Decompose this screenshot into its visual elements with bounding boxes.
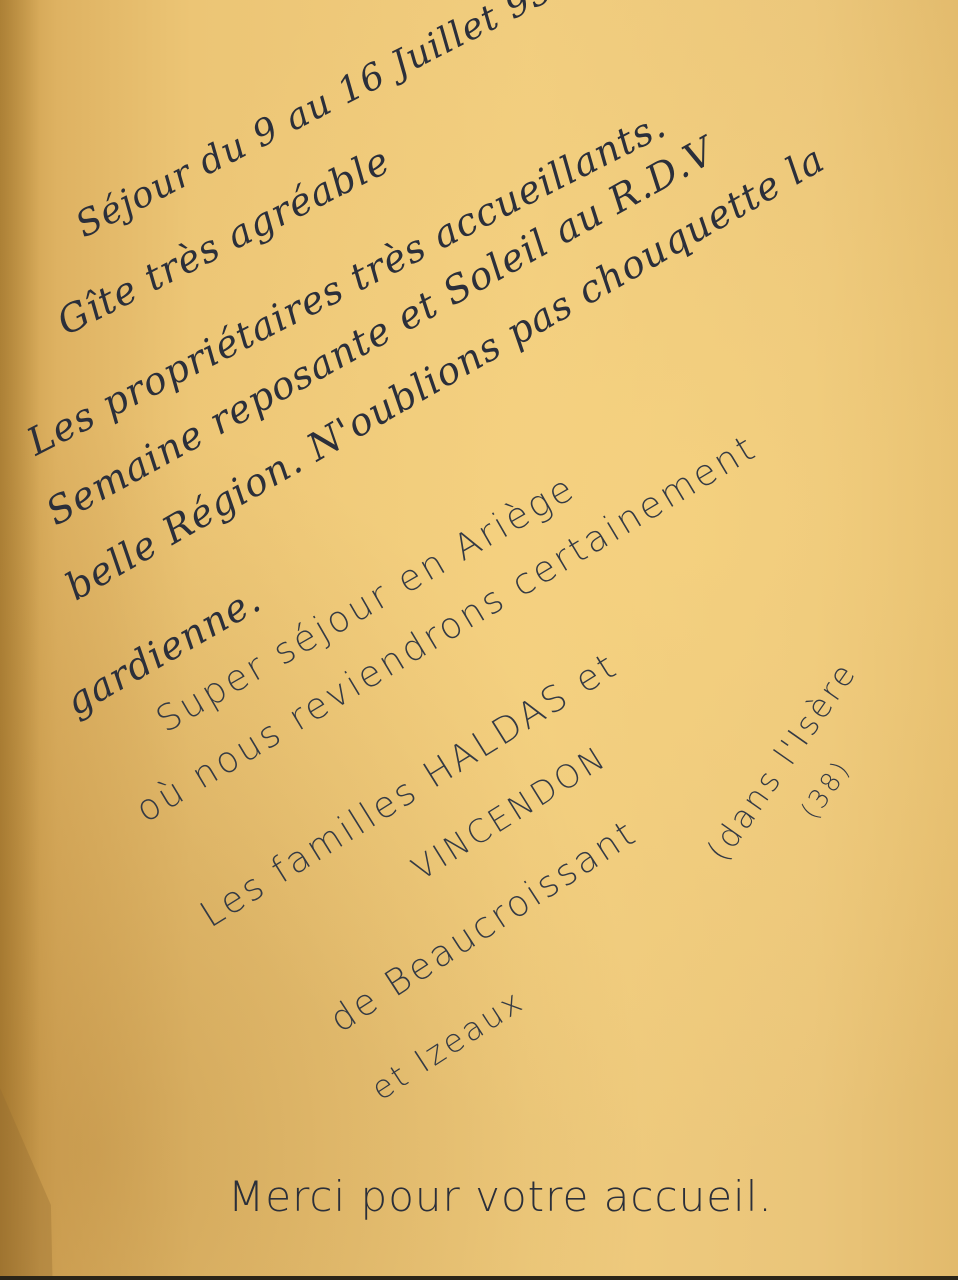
- closing-message: Merci pour votre accueil.: [228, 1172, 773, 1221]
- guestbook-page: Séjour du 9 au 16 Juillet 95. Gîte très …: [0, 0, 958, 1280]
- entry-line: (38): [795, 754, 857, 825]
- page-binding-shadow: [0, 0, 40, 1280]
- scan-edge: [0, 1276, 958, 1280]
